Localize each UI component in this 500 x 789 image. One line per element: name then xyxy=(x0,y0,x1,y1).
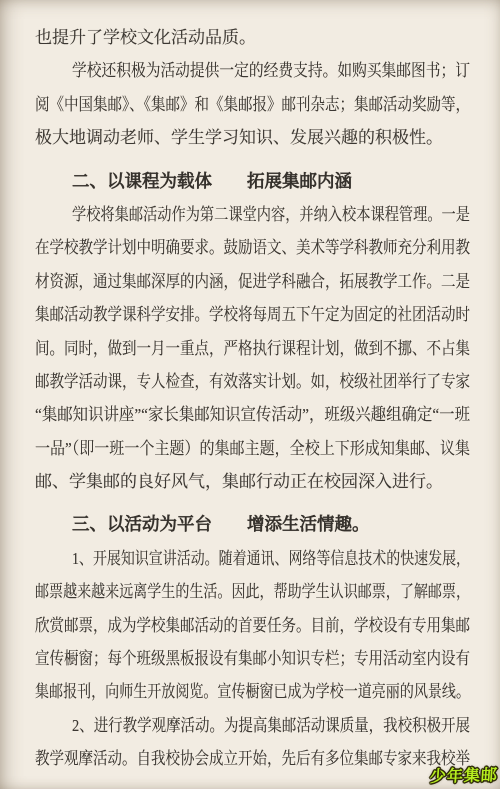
text-line: 欣赏邮票，成为学校集邮活动的首要任务。目前，学校设有专用集邮 xyxy=(35,609,470,642)
text-line: 阅《中国集邮》、《集邮》和《集邮报》邮刊杂志；集邮活动奖励等， xyxy=(35,88,470,121)
text-line: 邮教学活动课，专人检查，有效落实计划。如，校级社团举行了专家 xyxy=(35,365,470,398)
text-line: 集邮活动教学课科学安排。学校将每周五下午定为固定的社团活动时 xyxy=(35,298,470,331)
text-line: 间。同时，做到一月一重点，严格执行课程计划，做到不挪、不占集 xyxy=(35,332,470,365)
section-heading: 三、以活动为平台 增添生活情趣。 xyxy=(35,508,470,541)
text-line: 邮、学集邮的良好风气，集邮行动正在校园深入进行。 xyxy=(35,465,470,498)
text-line: 宣传橱窗；每个班级黑板报设有集邮小知识专栏；专用活动室内设有 xyxy=(35,642,470,675)
text-line: 学校还积极为活动提供一定的经费支持。如购买集邮图书；订 xyxy=(35,54,470,87)
document-page: 也提升了学校文化活动品质。 学校还积极为活动提供一定的经费支持。如购买集邮图书；… xyxy=(0,0,500,789)
text-line: 1、开展知识宣讲活动。随着通讯、网络等信息技术的快速发展， xyxy=(35,542,470,575)
text-line: 邮票越来越来远离学生的生活。因此，帮助学生认识邮票，了解邮票， xyxy=(35,575,470,608)
text-line: 在学校教学计划中明确要求。鼓励语文、美术等学科教师充分利用教 xyxy=(35,231,470,264)
text-line: 学校将集邮活动作为第二课堂内容，并纳入校本课程管理。一是 xyxy=(35,198,470,231)
watermark: 少年集邮 xyxy=(429,762,499,787)
text-line: 材资源，通过集邮深厚的内涵，促进学科融合，拓展教学工作。二是 xyxy=(35,265,470,298)
text-line: “集邮知识讲座”“家长集邮知识宣传活动”，班级兴趣组确定“一班 xyxy=(35,398,470,431)
section-heading: 二、以课程为载体 拓展集邮内涵 xyxy=(35,165,470,198)
document-body: 也提升了学校文化活动品质。 学校还积极为活动提供一定的经费支持。如购买集邮图书；… xyxy=(35,21,470,776)
text-line: 2、进行教学观摩活动。为提高集邮活动课质量，我校积极开展 xyxy=(35,709,470,742)
text-line: 也提升了学校文化活动品质。 xyxy=(35,21,470,54)
text-line: 一品”（即一班一个主题）的集邮主题，全校上下形成知集邮、议集 xyxy=(35,432,470,465)
text-line: 极大地调动老师、学生学习知识、发展兴趣的积极性。 xyxy=(35,121,470,154)
text-line: 集邮报刊，向师生开放阅览。宣传橱窗已成为学校一道亮丽的风景线。 xyxy=(35,675,470,708)
text-line: 教学观摩活动。自我校协会成立开始，先后有多位集邮专家来我校举 xyxy=(35,742,470,775)
